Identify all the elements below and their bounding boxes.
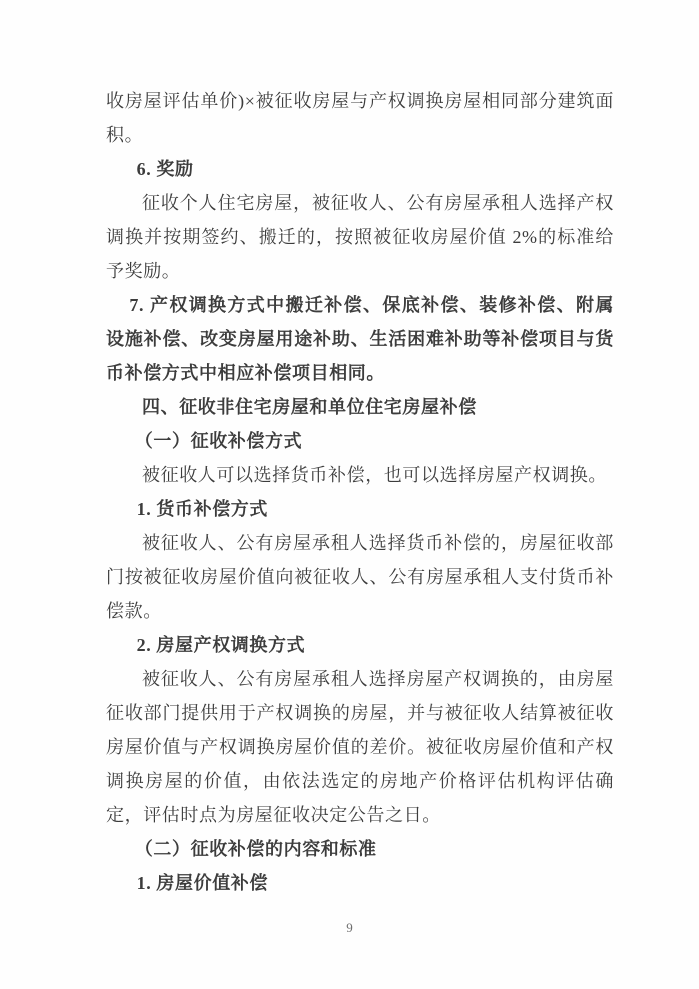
bold-paragraph: 7. 产权调换方式中搬迁补偿、保底补偿、装修补偿、附属设施补偿、改变房屋用途补助… <box>106 288 614 390</box>
document-page: 收房屋评估单价)×被征收房屋与产权调换房屋相同部分建筑面积。 6. 奖励 征收个… <box>0 0 699 989</box>
paragraph-continuation: 收房屋评估单价)×被征收房屋与产权调换房屋相同部分建筑面积。 <box>106 84 614 152</box>
numbered-heading: 6. 奖励 <box>106 152 614 186</box>
numbered-heading: 2. 房屋产权调换方式 <box>106 628 614 662</box>
numbered-heading: 1. 货币补偿方式 <box>106 492 614 526</box>
paragraph: 征收个人住宅房屋，被征收人、公有房屋承租人选择产权调换并按期签约、搬迁的，按照被… <box>106 186 614 288</box>
sub-heading: （二）征收补偿的内容和标准 <box>106 832 614 866</box>
page-body: 收房屋评估单价)×被征收房屋与产权调换房屋相同部分建筑面积。 6. 奖励 征收个… <box>106 84 614 900</box>
section-heading: 四、征收非住宅房屋和单位住宅房屋补偿 <box>106 390 614 424</box>
sub-heading: （一）征收补偿方式 <box>106 424 614 458</box>
paragraph: 被征收人可以选择货币补偿，也可以选择房屋产权调换。 <box>106 458 614 492</box>
paragraph: 被征收人、公有房屋承租人选择货币补偿的，房屋征收部门按被征收房屋价值向被征收人、… <box>106 526 614 628</box>
paragraph: 被征收人、公有房屋承租人选择房屋产权调换的，由房屋征收部门提供用于产权调换的房屋… <box>106 662 614 832</box>
numbered-heading: 1. 房屋价值补偿 <box>106 866 614 900</box>
page-number: 9 <box>0 920 699 936</box>
